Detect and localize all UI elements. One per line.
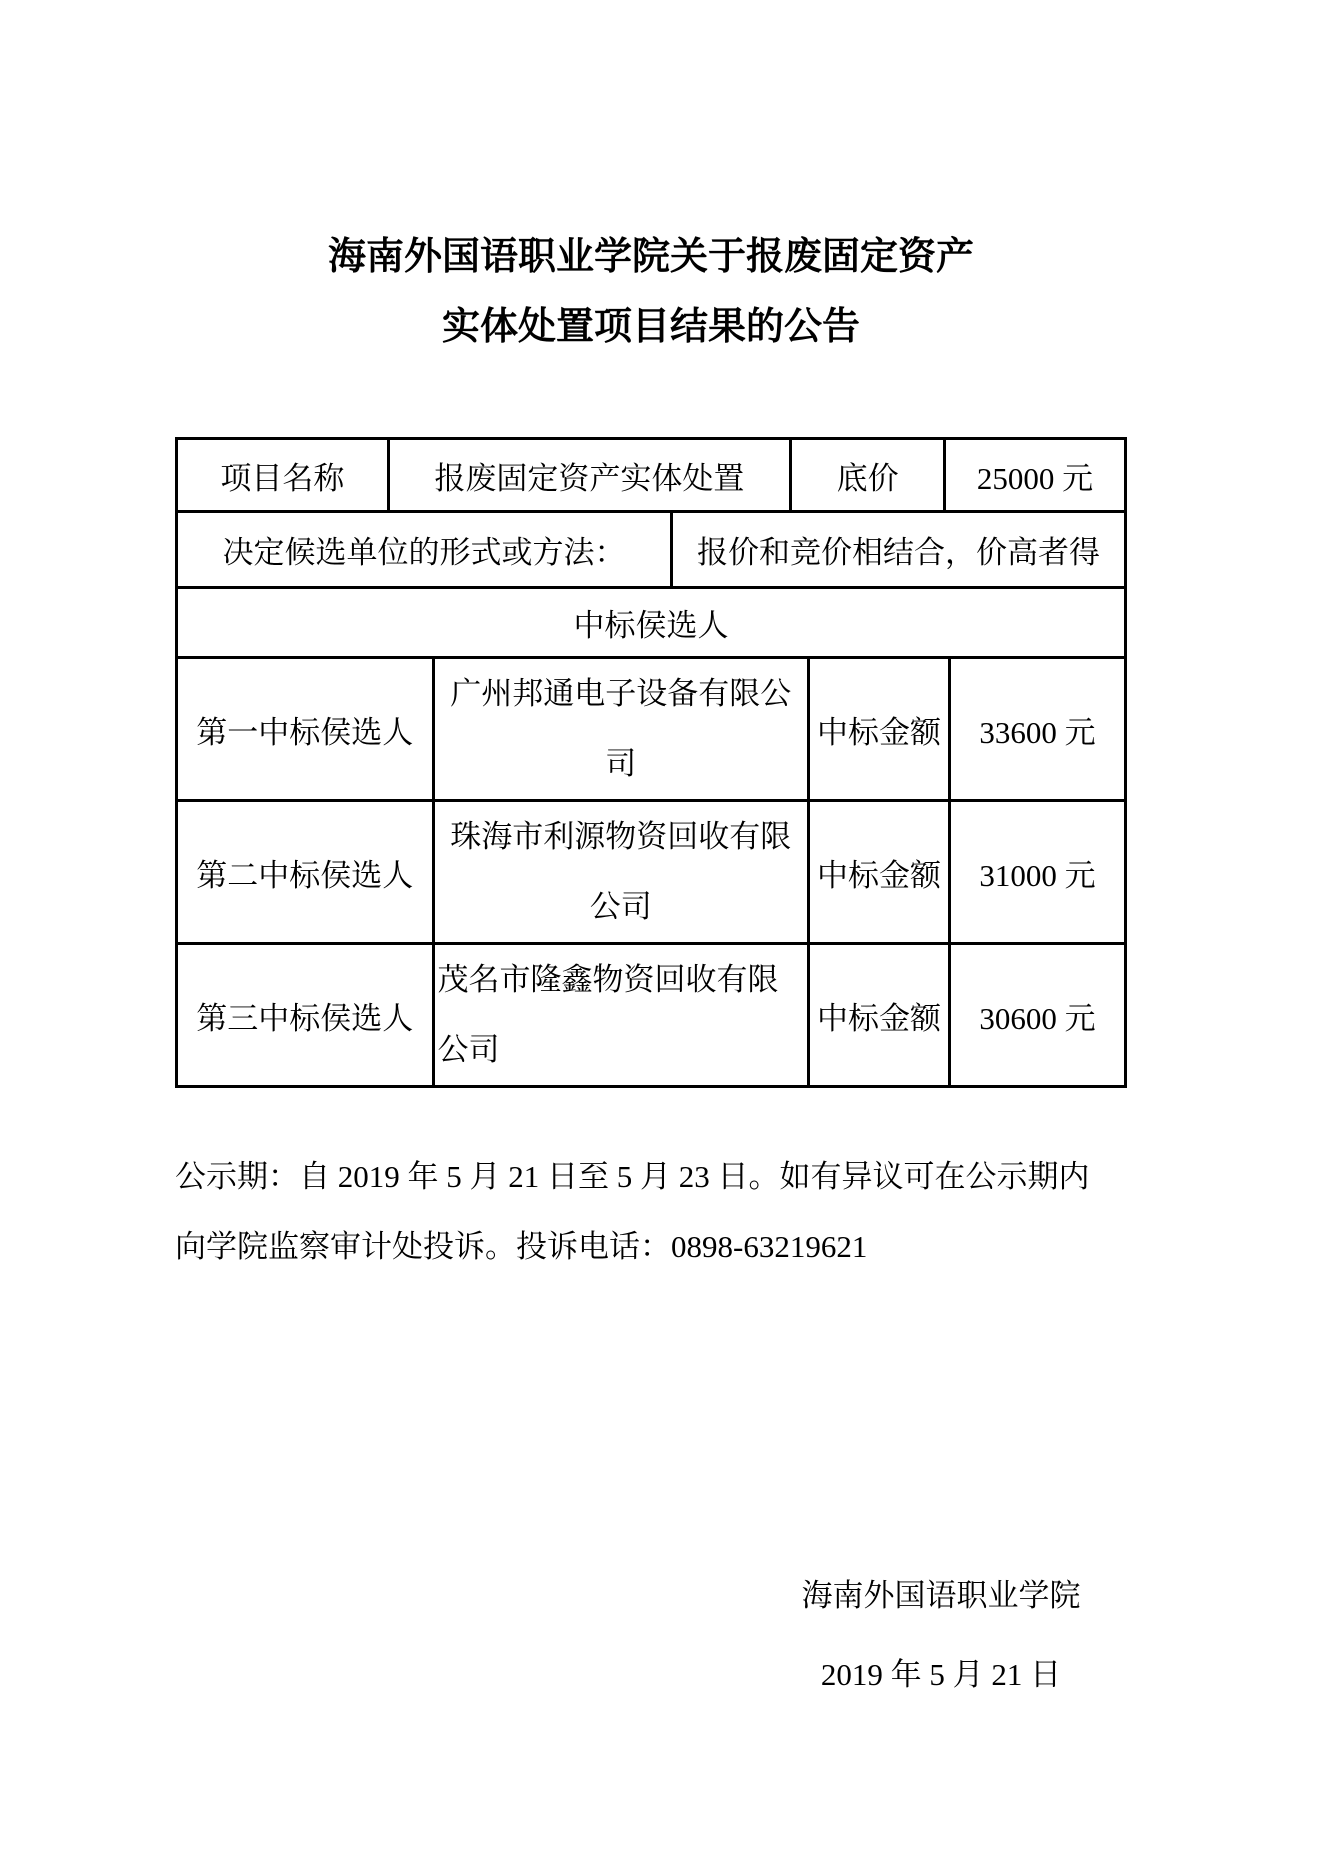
candidate-2-company-line-2: 公司 — [590, 872, 652, 942]
notice-line-1: 公示期：自 2019 年 5 月 21 日至 5 月 23 日。如有异议可在公示… — [175, 1142, 1127, 1212]
candidate-1-company: 广州邦通电子设备有限公 司 — [432, 659, 808, 799]
signature-org: 海南外国语职业学院 — [755, 1576, 1127, 1616]
selection-method-value: 报价和竞价相结合，价高者得 — [670, 513, 1124, 586]
candidate-3-award-amount: 30600 元 — [948, 945, 1124, 1085]
candidate-1-company-line-1: 广州邦通电子设备有限公 — [450, 659, 791, 729]
candidate-2-award-amount: 31000 元 — [948, 802, 1124, 942]
table-row-winners-header: 中标侯选人 — [178, 586, 1124, 656]
candidate-1-rank: 第一中标侯选人 — [178, 659, 432, 799]
candidate-2-company-line-1: 珠海市利源物资回收有限 — [450, 802, 791, 872]
candidate-2-company: 珠海市利源物资回收有限 公司 — [432, 802, 808, 942]
candidate-3-company-line-1: 茂名市隆鑫物资回收有限 — [438, 945, 779, 1015]
project-name-value: 报废固定资产实体处置 — [387, 440, 789, 510]
table-row-project: 项目名称 报废固定资产实体处置 底价 25000 元 — [178, 440, 1124, 510]
results-table: 项目名称 报废固定资产实体处置 底价 25000 元 决定候选单位的形式或方法：… — [175, 437, 1127, 1088]
candidate-3-company: 茂名市隆鑫物资回收有限 公司 — [432, 945, 808, 1085]
project-name-label: 项目名称 — [178, 440, 387, 510]
signature-block: 海南外国语职业学院 2019 年 5 月 21 日 — [755, 1576, 1127, 1695]
notice-line-2: 向学院监察审计处投诉。投诉电话：0898-63219621 — [175, 1212, 1127, 1282]
candidate-1-award-label: 中标金额 — [807, 659, 948, 799]
document-title: 海南外国语职业学院关于报废固定资产 实体处置项目结果的公告 — [175, 222, 1127, 362]
candidate-3-award-label: 中标金额 — [807, 945, 948, 1085]
floor-price-label: 底价 — [789, 440, 943, 510]
signature-date: 2019 年 5 月 21 日 — [755, 1655, 1127, 1695]
title-line-2: 实体处置项目结果的公告 — [175, 292, 1127, 362]
candidate-2-award-label: 中标金额 — [807, 802, 948, 942]
candidate-3-rank: 第三中标侯选人 — [178, 945, 432, 1085]
candidate-3-company-line-2: 公司 — [438, 1015, 500, 1085]
table-row-method: 决定候选单位的形式或方法： 报价和竞价相结合，价高者得 — [178, 510, 1124, 586]
title-line-1: 海南外国语职业学院关于报废固定资产 — [175, 222, 1127, 292]
candidate-1-award-amount: 33600 元 — [948, 659, 1124, 799]
candidate-1-company-line-2: 司 — [605, 729, 636, 799]
notice-paragraph: 公示期：自 2019 年 5 月 21 日至 5 月 23 日。如有异议可在公示… — [175, 1142, 1127, 1282]
selection-method-label: 决定候选单位的形式或方法： — [178, 513, 670, 586]
table-row-candidate-3: 第三中标侯选人 茂名市隆鑫物资回收有限 公司 中标金额 30600 元 — [178, 942, 1124, 1085]
winners-header: 中标侯选人 — [178, 589, 1124, 656]
floor-price-value: 25000 元 — [943, 440, 1124, 510]
document-page: 海南外国语职业学院关于报废固定资产 实体处置项目结果的公告 项目名称 报废固定资… — [0, 0, 1323, 1871]
candidate-2-rank: 第二中标侯选人 — [178, 802, 432, 942]
table-row-candidate-1: 第一中标侯选人 广州邦通电子设备有限公 司 中标金额 33600 元 — [178, 656, 1124, 799]
table-row-candidate-2: 第二中标侯选人 珠海市利源物资回收有限 公司 中标金额 31000 元 — [178, 799, 1124, 942]
